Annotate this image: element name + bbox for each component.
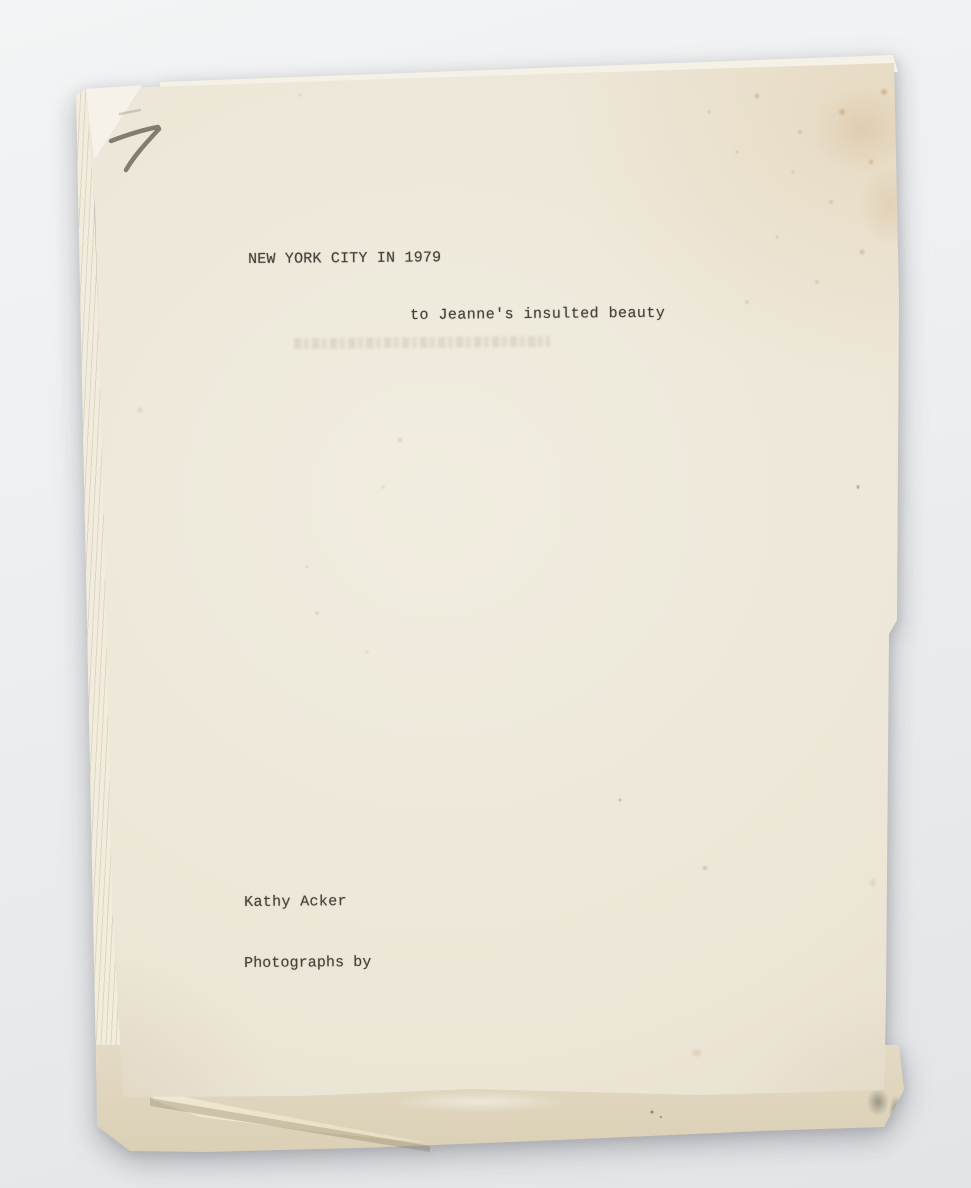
typed-dedication: to Jeanne's insulted beauty xyxy=(410,306,665,324)
typed-author: Kathy Acker xyxy=(244,894,347,911)
typed-credit: Photographs by xyxy=(244,955,372,972)
erased-ghost-line xyxy=(294,336,550,349)
typed-title: NEW YORK CITY IN 1979 xyxy=(248,250,441,268)
manuscript-stack: NEW YORK CITY IN 1979 to Jeanne's insult… xyxy=(0,0,971,1188)
pencil-mark-7-icon xyxy=(98,98,198,198)
photo-stage: NEW YORK CITY IN 1979 to Jeanne's insult… xyxy=(0,0,971,1188)
